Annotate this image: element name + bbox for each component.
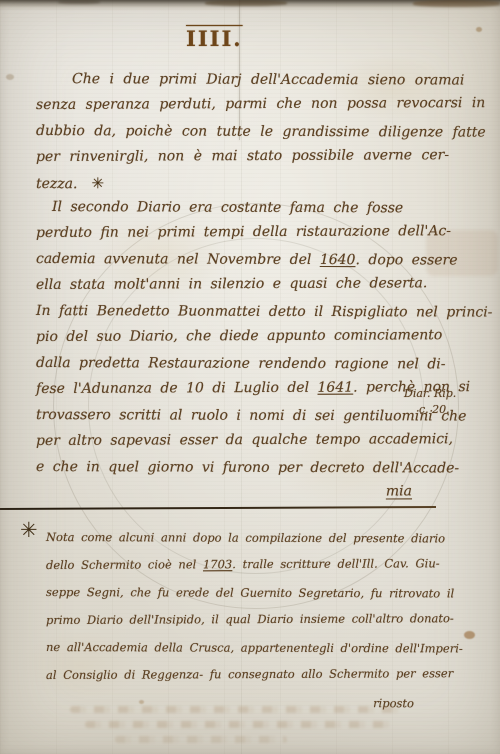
folio-number: IIII. <box>186 26 243 51</box>
footnote-reference-asterisk: ✳ <box>91 174 104 192</box>
bleed-through-line <box>70 706 400 713</box>
manuscript-line: ne all'Accademia della Crusca, appartene… <box>46 634 470 663</box>
manuscript-line: dello Schermito cioè nel 1703. tralle sc… <box>46 550 470 579</box>
manuscript-line: perduto fin nei primi tempi della ristau… <box>36 218 474 246</box>
underlined-year: 1703 <box>203 557 232 571</box>
manuscript-line: ella stata molt'anni in silenzio e quasi… <box>36 270 474 298</box>
manuscript-line: pio del suo Diario, che diede appunto co… <box>36 322 474 350</box>
paragraph-first: Che i due primi Diarj dell'Accademia sie… <box>36 66 474 197</box>
paragraph-second: Il secondo Diario era costante fama che … <box>36 194 474 506</box>
footnote-block: Nota come alcuni anni dopo la compilazio… <box>46 524 470 717</box>
line-text: tezza. <box>36 176 78 192</box>
line-text: fese l'Adunanza de 10 di Luglio del <box>36 380 318 397</box>
margin-note-line: Diar. Rip. <box>404 386 456 402</box>
line-text: dello Schermito cioè nel <box>46 557 203 572</box>
manuscript-line: per altro sapevasi esser da qualche temp… <box>36 426 474 454</box>
margin-note: Diar. Rip. c. 20. <box>404 386 456 418</box>
manuscript-line: senza speranza perduti, parmi che non po… <box>36 90 474 118</box>
manuscript-line: per rinvenirgli, non è mai stato possibi… <box>36 142 474 170</box>
separator-rule <box>0 506 436 510</box>
line-text: . dopo essere <box>355 252 457 268</box>
manuscript-line: Nota come alcuni anni dopo la compilazio… <box>46 524 470 553</box>
footnote-closing-word: riposto <box>46 689 470 718</box>
line-text: . tralle scritture dell'Ill. Cav. Giu- <box>232 556 439 571</box>
underlined-year: 1640 <box>320 252 356 268</box>
manuscript-line: al Consiglio di Reggenza- fu consegnato … <box>46 660 470 689</box>
bleed-through-line <box>115 736 287 743</box>
paragraph-closing-word: mia <box>36 478 474 506</box>
line-text: cademia avvenuta nel Novembre del <box>36 251 320 268</box>
ink-spot <box>6 74 14 80</box>
manuscript-line: seppe Segni, che fu erede del Guernito S… <box>46 579 470 608</box>
manuscript-line: primo Diario dell'Insipido, il qual Diar… <box>46 605 470 634</box>
manuscript-page: IIII. Che i due primi Diarj dell'Accadem… <box>0 0 500 754</box>
top-edge-patch <box>413 0 500 7</box>
top-edge-patch <box>205 0 287 6</box>
bleed-through-line <box>85 721 393 728</box>
margin-note-line: c. 20. <box>404 402 456 418</box>
footnote-marker: ✳ <box>20 518 38 542</box>
ink-spot <box>476 27 482 32</box>
underlined-year: 1641 <box>317 380 353 396</box>
top-edge-patch <box>58 0 100 4</box>
